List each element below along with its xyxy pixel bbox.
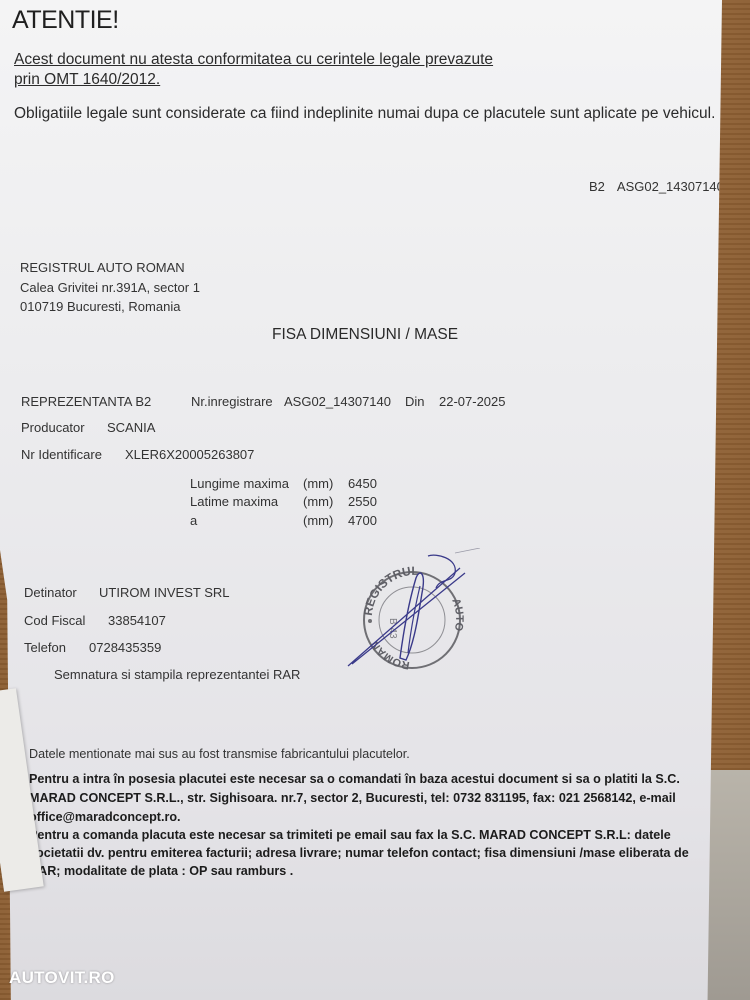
dimension-name: a (190, 513, 303, 528)
holder-value: UTIROM INVEST SRL (99, 585, 230, 600)
warning-line-2: prin OMT 1640/2012. (14, 71, 160, 89)
registration-number-value: ASG02_14307140 (284, 394, 391, 409)
dimension-name: Latime maxima (190, 494, 303, 509)
producer-label: Producator (21, 420, 85, 435)
date-label: Din (405, 394, 425, 409)
warning-line-1: Acest document nu atesta conformitatea c… (14, 51, 493, 69)
document-page: ATENTIE! Acest document nu atesta confor… (0, 0, 722, 1000)
document-title: FISA DIMENSIUNI / MASE (272, 326, 458, 344)
obligation-text: Obligatiile legale sunt considerate ca f… (14, 105, 715, 123)
dimension-row: Latime maxima(mm)2550 (190, 494, 377, 509)
vin-label: Nr Identificare (21, 447, 102, 462)
dimension-row: a(mm)4700 (190, 513, 377, 528)
dimension-value: 6450 (348, 476, 377, 491)
dimension-unit: (mm) (303, 513, 348, 528)
order-instructions-line-2: MARAD CONCEPT S.R.L., str. Sighisoara. n… (29, 791, 676, 805)
dimension-unit: (mm) (303, 476, 348, 491)
producer-value: SCANIA (107, 420, 155, 435)
reference-number: B2ASG02_14307140 (589, 179, 724, 194)
signature-caption: Semnatura si stampila reprezentantei RAR (54, 667, 300, 682)
dimension-unit: (mm) (303, 494, 348, 509)
fiscal-code-value: 33854107 (108, 613, 166, 628)
order-instructions-line-1: Pentru a intra în posesia placutei este … (29, 772, 680, 786)
issuer-city: 010719 Bucuresti, Romania (20, 299, 180, 314)
order-requirements-line-3: RAR; modalitate de plata : OP sau rambur… (29, 864, 293, 878)
dimension-value: 2550 (348, 494, 377, 509)
reference-code: B2 (589, 179, 605, 194)
dimension-name: Lungime maxima (190, 476, 303, 491)
warning-title: ATENTIE! (12, 6, 119, 35)
date-value: 22-07-2025 (439, 394, 506, 409)
svg-text:ROMAN: ROMAN (369, 638, 411, 671)
svg-text:REGISTRUL: REGISTRUL (361, 564, 419, 617)
issuer-name: REGISTRUL AUTO ROMAN (20, 260, 185, 275)
rar-stamp-icon: REGISTRUL AUTO ROMAN B 43 (340, 548, 490, 673)
dimension-value: 4700 (348, 513, 377, 528)
autovit-watermark: AUTOVIT.RO (9, 968, 115, 988)
transmitted-note: Datele mentionate mai sus au fost transm… (29, 747, 410, 761)
registration-number-label: Nr.inregistrare (191, 394, 273, 409)
representative-label: REPREZENTANTA B2 (21, 394, 151, 409)
issuer-street: Calea Grivitei nr.391A, sector 1 (20, 280, 200, 295)
svg-text:AUTO: AUTO (449, 597, 465, 633)
dimension-row: Lungime maxima(mm)6450 (190, 476, 377, 491)
holder-label: Detinator (24, 585, 77, 600)
phone-label: Telefon (24, 640, 66, 655)
fiscal-code-label: Cod Fiscal (24, 613, 85, 628)
order-email: office@maradconcept.ro. (29, 810, 181, 824)
reference-value: ASG02_14307140 (617, 179, 724, 194)
order-requirements-line-1: Pentru a comanda placuta este necesar sa… (29, 828, 671, 842)
vin-value: XLER6X20005263807 (125, 447, 254, 462)
order-requirements-line-2: societatii dv. pentru emiterea facturii;… (29, 846, 689, 860)
phone-value: 0728435359 (89, 640, 161, 655)
